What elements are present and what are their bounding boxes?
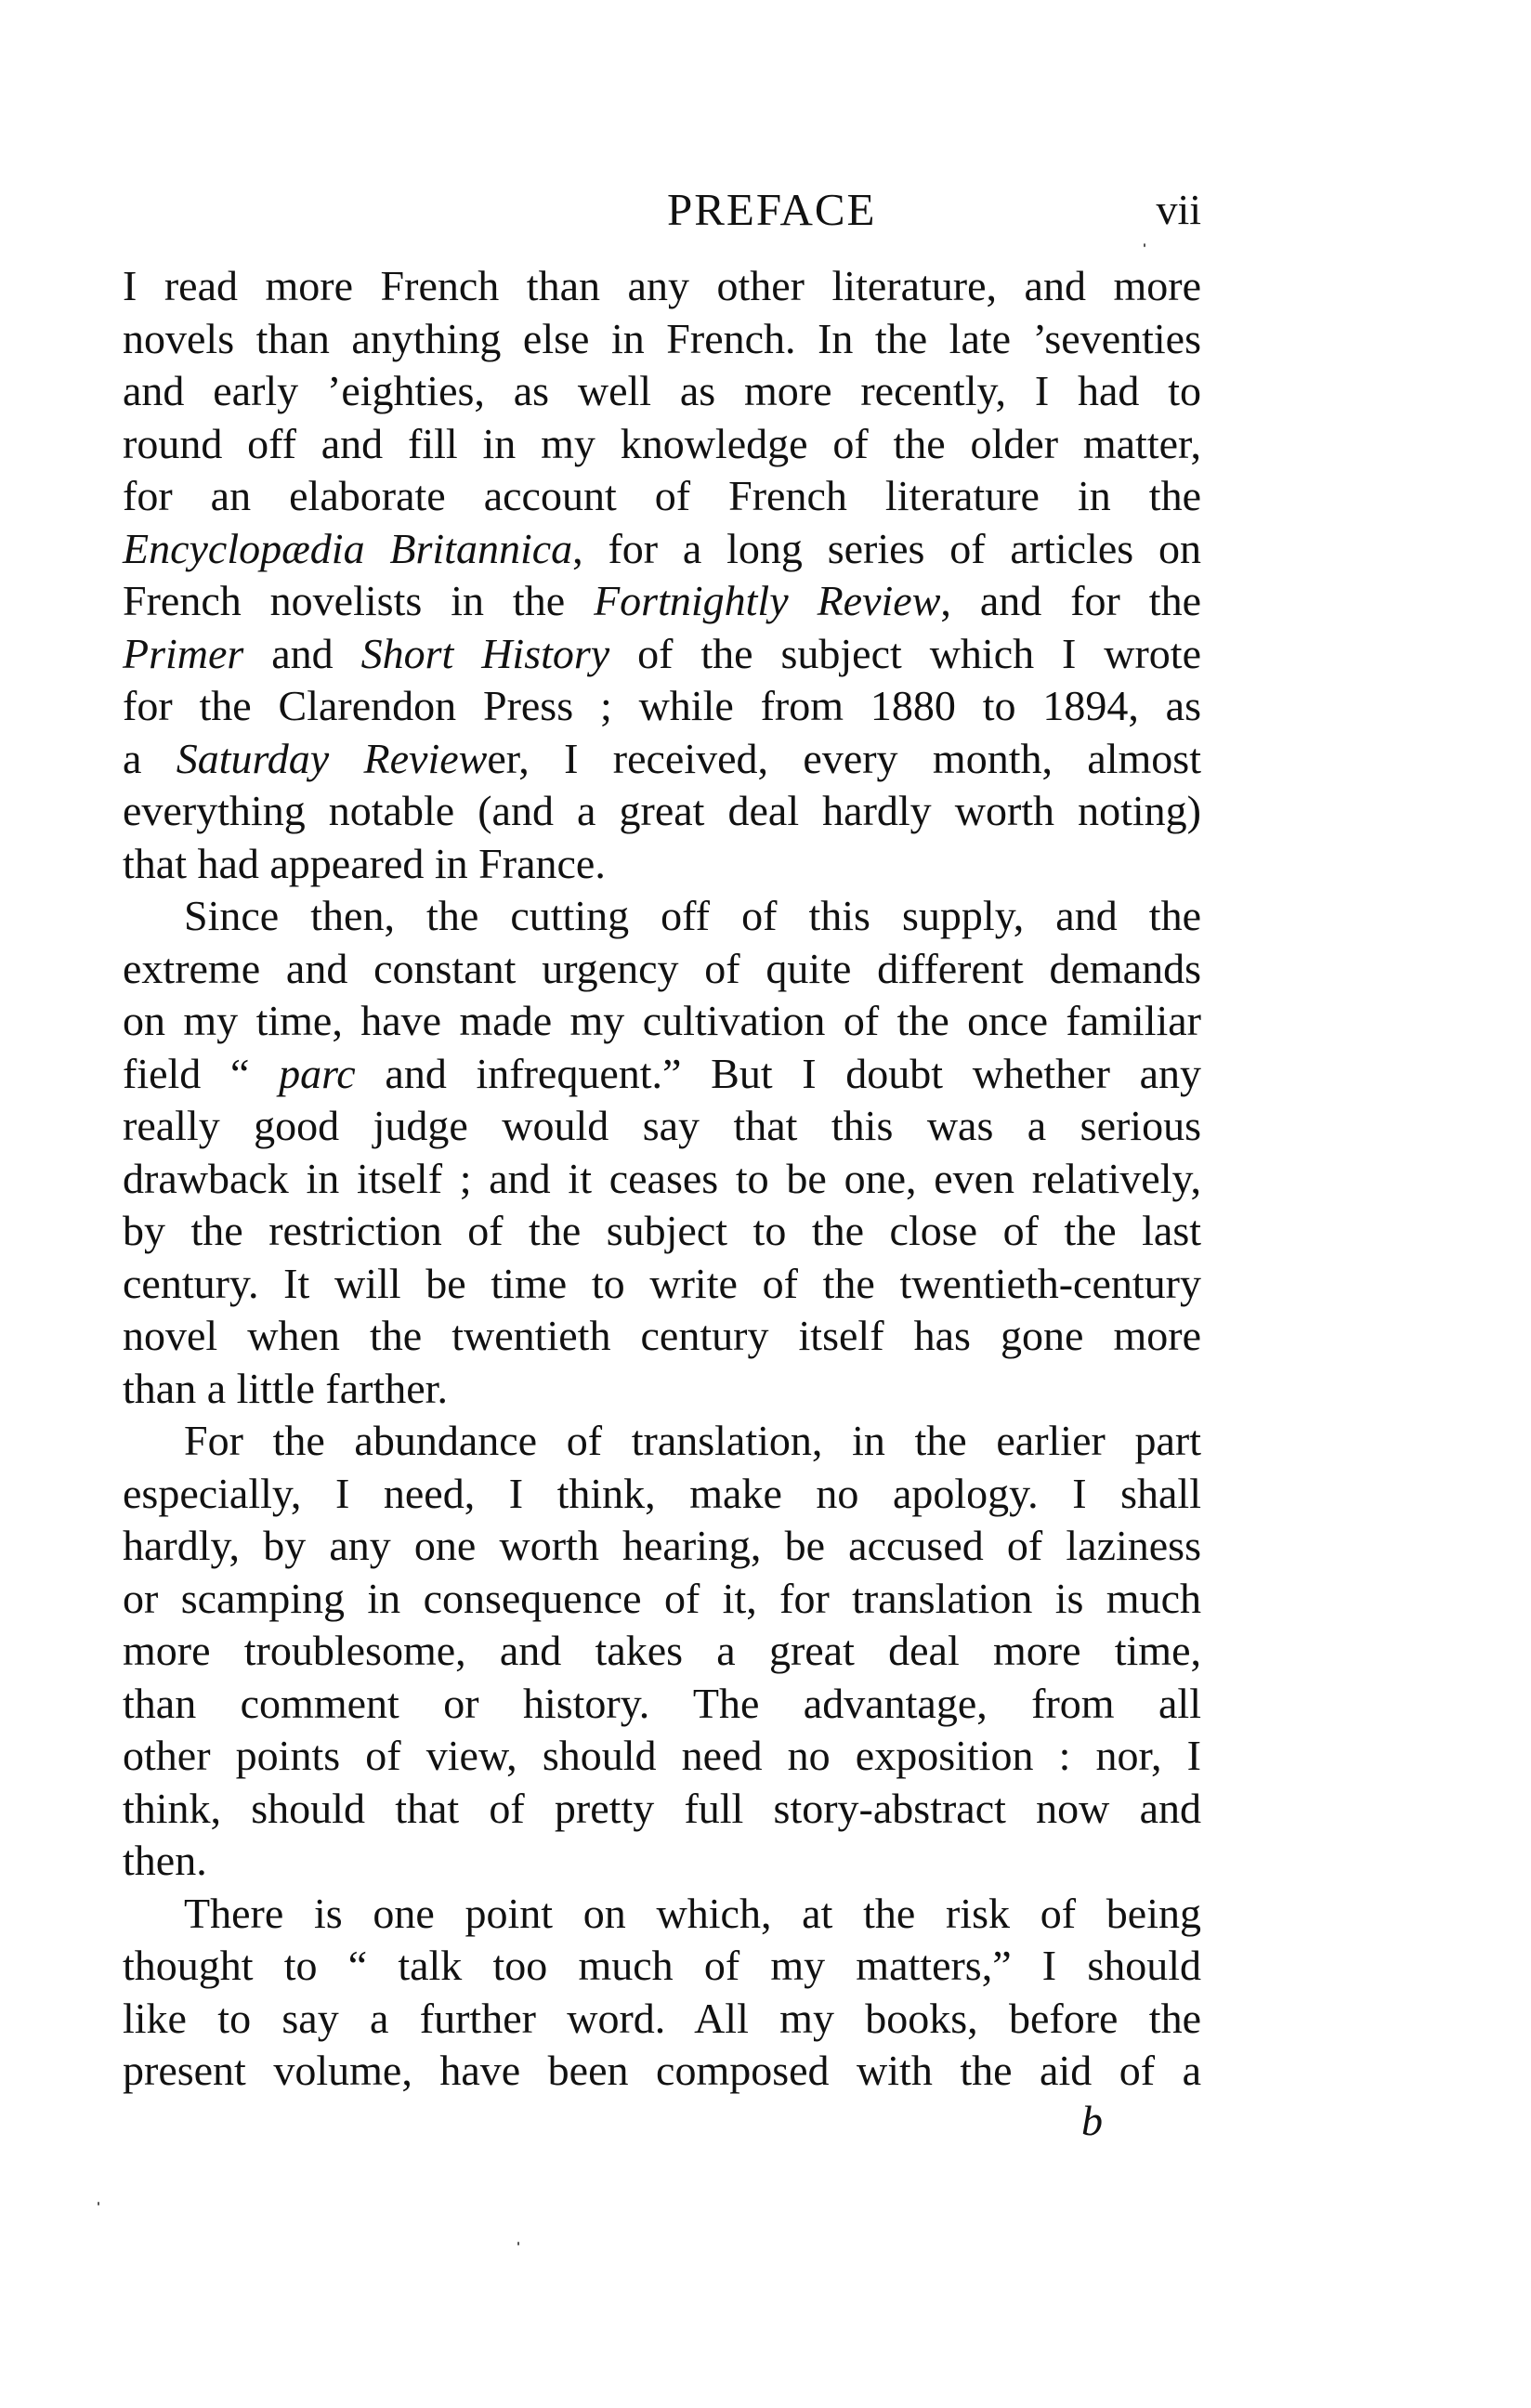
preface-body: I read more French than any other litera…	[123, 260, 1201, 2098]
text-run: round off and fill in my knowledge of th…	[123, 420, 1201, 467]
text-line: French novelists in the Fortnightly Revi…	[123, 575, 1201, 628]
text-line: than comment or history. The advantage, …	[123, 1678, 1201, 1731]
print-speck	[517, 2242, 519, 2245]
italic-text: Short History	[361, 630, 610, 677]
text-run: on my time, have made my cultivation of …	[123, 997, 1201, 1044]
text-line: field “ parc and infrequent.” But I doub…	[123, 1048, 1201, 1101]
text-run: For the abundance of translation, in the…	[184, 1417, 1201, 1464]
text-line: other points of view, should need no exp…	[123, 1730, 1201, 1783]
text-run: that had appeared in France.	[123, 840, 606, 887]
text-line: or scamping in consequence of it, for tr…	[123, 1573, 1201, 1626]
text-line: that had appeared in France.	[123, 838, 1201, 891]
text-run: for the Clarendon Press ; while from 188…	[123, 682, 1201, 729]
text-run: French novelists in the	[123, 577, 594, 624]
text-line: by the restriction of the subject to the…	[123, 1205, 1201, 1258]
text-run: really good judge would say that this wa…	[123, 1102, 1201, 1149]
text-line: novel when the twentieth century itself …	[123, 1310, 1201, 1363]
text-run: for an elaborate account of French liter…	[123, 472, 1201, 519]
text-line: especially, I need, I think, make no apo…	[123, 1468, 1201, 1521]
text-line: Since then, the cutting off of this supp…	[123, 890, 1201, 943]
text-run: Since then, the cutting off of this supp…	[184, 892, 1201, 939]
text-run: , for a long series of articles on	[572, 525, 1201, 572]
italic-text: Fortnightly Review	[594, 577, 940, 624]
italic-text: Primer	[123, 630, 243, 677]
text-line: hardly, by any one worth hearing, be acc…	[123, 1520, 1201, 1573]
running-title: PREFACE	[667, 182, 876, 238]
book-page: PREFACE vii I read more French than any …	[0, 0, 1531, 2408]
text-run: and	[243, 630, 360, 677]
text-line: Encyclopædia Britannica, for a long seri…	[123, 523, 1201, 576]
text-run: novel when the twentieth century itself …	[123, 1312, 1201, 1359]
text-run: than comment or history. The advantage, …	[123, 1680, 1201, 1727]
text-run: present volume, have been composed with …	[123, 2047, 1201, 2094]
text-line: more troublesome, and takes a great deal…	[123, 1625, 1201, 1678]
text-run: by the restriction of the subject to the…	[123, 1207, 1201, 1254]
text-run: , and for the	[940, 577, 1201, 624]
italic-text: Saturday Review	[177, 735, 488, 782]
paragraph: For the abundance of translation, in the…	[123, 1415, 1201, 1888]
text-line: a Saturday Reviewer, I received, every m…	[123, 733, 1201, 786]
text-run: There is one point on which, at the risk…	[184, 1890, 1201, 1937]
running-head: PREFACE vii	[123, 182, 1201, 238]
print-speck	[98, 2202, 99, 2205]
text-line: There is one point on which, at the risk…	[123, 1888, 1201, 1941]
text-line: round off and fill in my knowledge of th…	[123, 418, 1201, 471]
text-line: and early ’eighties, as well as more rec…	[123, 365, 1201, 418]
text-line: for an elaborate account of French liter…	[123, 470, 1201, 523]
text-run: other points of view, should need no exp…	[123, 1732, 1201, 1779]
text-run: and early ’eighties, as well as more rec…	[123, 367, 1201, 414]
paragraph: I read more French than any other litera…	[123, 260, 1201, 890]
text-run: a	[123, 735, 177, 782]
text-run: century. It will be time to write of the…	[123, 1260, 1201, 1307]
text-run: like to say a further word. All my books…	[123, 1995, 1201, 2042]
text-run: extreme and constant urgency of quite di…	[123, 945, 1201, 992]
text-run: I read more French than any other litera…	[123, 262, 1201, 309]
italic-text: parc	[279, 1050, 356, 1097]
text-line: drawback in itself ; and it ceases to be…	[123, 1153, 1201, 1206]
text-run: more troublesome, and takes a great deal…	[123, 1627, 1201, 1674]
text-line: I read more French than any other litera…	[123, 260, 1201, 313]
text-run: er, I received, every month, almost	[487, 735, 1201, 782]
text-line: for the Clarendon Press ; while from 188…	[123, 680, 1201, 733]
paragraph: There is one point on which, at the risk…	[123, 1888, 1201, 2098]
text-line: present volume, have been composed with …	[123, 2045, 1201, 2098]
text-line: think, should that of pretty full story-…	[123, 1783, 1201, 1836]
text-run: novels than anything else in French. In …	[123, 315, 1201, 362]
text-run: especially, I need, I think, make no apo…	[123, 1470, 1201, 1517]
text-line: extreme and constant urgency of quite di…	[123, 943, 1201, 996]
text-line: on my time, have made my cultivation of …	[123, 995, 1201, 1048]
print-speck	[1144, 243, 1145, 247]
text-line: than a little farther.	[123, 1363, 1201, 1416]
text-line: century. It will be time to write of the…	[123, 1258, 1201, 1311]
text-run: then.	[123, 1837, 207, 1884]
text-line: thought to “ talk too much of my matters…	[123, 1940, 1201, 1993]
italic-text: Encyclopædia Britannica	[123, 525, 572, 572]
text-run: drawback in itself ; and it ceases to be…	[123, 1155, 1201, 1202]
paragraph: Since then, the cutting off of this supp…	[123, 890, 1201, 1415]
text-run: hardly, by any one worth hearing, be acc…	[123, 1522, 1201, 1569]
text-run: than a little farther.	[123, 1365, 448, 1412]
text-run: and infrequent.” But I doubt whether any	[356, 1050, 1201, 1097]
text-line: really good judge would say that this wa…	[123, 1100, 1201, 1153]
text-run: thought to “ talk too much of my matters…	[123, 1942, 1201, 1989]
text-run: everything notable (and a great deal har…	[123, 787, 1201, 834]
text-line: novels than anything else in French. In …	[123, 313, 1201, 366]
text-run: of the subject which I wrote	[609, 630, 1201, 677]
text-line: For the abundance of translation, in the…	[123, 1415, 1201, 1468]
text-run: think, should that of pretty full story-…	[123, 1785, 1201, 1832]
text-line: everything notable (and a great deal har…	[123, 785, 1201, 838]
text-run: field “	[123, 1050, 279, 1097]
text-line: then.	[123, 1835, 1201, 1888]
text-line: Primer and Short History of the subject …	[123, 628, 1201, 681]
text-run: or scamping in consequence of it, for tr…	[123, 1575, 1201, 1622]
signature-mark: b	[1081, 2095, 1103, 2147]
page-number: vii	[1156, 182, 1201, 238]
text-line: like to say a further word. All my books…	[123, 1993, 1201, 2046]
